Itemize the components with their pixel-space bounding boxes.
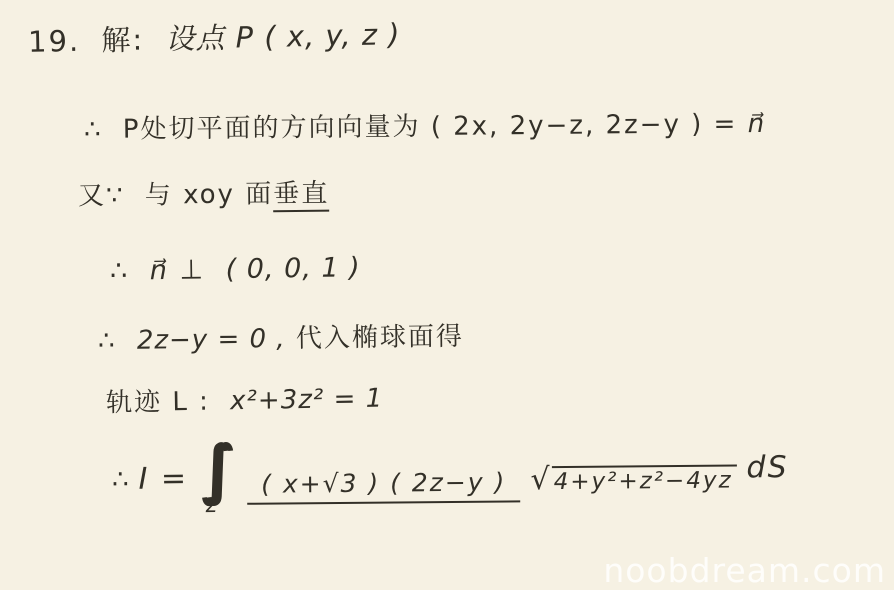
locus-equation: x²+3z² = 1: [230, 384, 384, 417]
problem-number: 19.: [28, 24, 81, 59]
constraint-equation: 2z−y = 0 ,: [137, 324, 286, 356]
solution-line-normal-perp: ∴ n⃗ ⊥ ( 0, 0, 1 ): [110, 252, 361, 286]
handwritten-note-canvas: 19. 解: 设点 P ( x, y, z ) ∴ P处切平面的方向向量为 ( …: [0, 0, 894, 590]
fraction-denominator: √4+y²+z²−4yz: [530, 461, 736, 497]
watermark-text: noobdream.com: [603, 551, 886, 590]
solution-line-substitution: ∴ 2z−y = 0 , 代入椭球面得: [98, 316, 464, 357]
point-definition: 设点 P ( x, y, z ): [165, 17, 401, 56]
therefore-symbol: ∴: [112, 464, 131, 494]
solution-line-problem-setup: 19. 解: 设点 P ( x, y, z ): [28, 12, 401, 61]
radicand-expression: 4+y²+z²−4yz: [552, 465, 737, 496]
radical-sign-icon: √: [530, 465, 551, 495]
also-because-symbol: 又∵: [78, 181, 125, 211]
fraction-numerator: ( x+√3 ) ( 2z−y ): [247, 468, 520, 505]
substitute-into-ellipsoid-text: 代入椭球面得: [296, 322, 464, 354]
integrand-fraction: ( x+√3 ) ( 2z−y ) √4+y²+z²−4yz: [247, 461, 737, 500]
therefore-symbol: ∴: [110, 255, 130, 286]
solution-label: 解:: [101, 22, 144, 57]
integral-lhs: I =: [138, 461, 188, 496]
double-integral-block: ∫∫ Σ: [198, 440, 238, 518]
double-integral-icon: ∫∫: [198, 440, 238, 500]
underlined-perpendicular-text: 垂直: [273, 179, 329, 213]
vector-n: n⃗: [150, 255, 170, 286]
perpendicular-symbol: ⊥: [179, 254, 205, 285]
therefore-symbol: ∴: [98, 326, 117, 356]
locus-label: 轨迹 L :: [106, 387, 210, 419]
solution-line-surface-integral: ∴ I = ∫∫ Σ ( x+√3 ) ( 2z−y ) √4+y²+z²−4y…: [112, 435, 789, 518]
differential-ds: dS: [746, 450, 788, 485]
solution-line-perpendicular-condition: 又∵ 与 xoy 面垂直: [78, 173, 330, 213]
z-axis-vector: ( 0, 0, 1 ): [225, 252, 361, 285]
sigma-domain-subscript: Σ: [205, 493, 219, 517]
solution-line-locus: 轨迹 L : x²+3z² = 1: [106, 378, 384, 420]
solution-line-normal-vector: ∴ P处切平面的方向向量为 ( 2x, 2y−z, 2z−y ) = n⃗: [84, 103, 766, 146]
therefore-symbol: ∴: [84, 115, 103, 145]
xoy-plane-text: 与 xoy 面: [145, 179, 274, 210]
vector-n: n⃗: [747, 109, 766, 139]
tangent-plane-direction-text: P处切平面的方向向量为 ( 2x, 2y−z, 2z−y ) =: [123, 109, 738, 144]
